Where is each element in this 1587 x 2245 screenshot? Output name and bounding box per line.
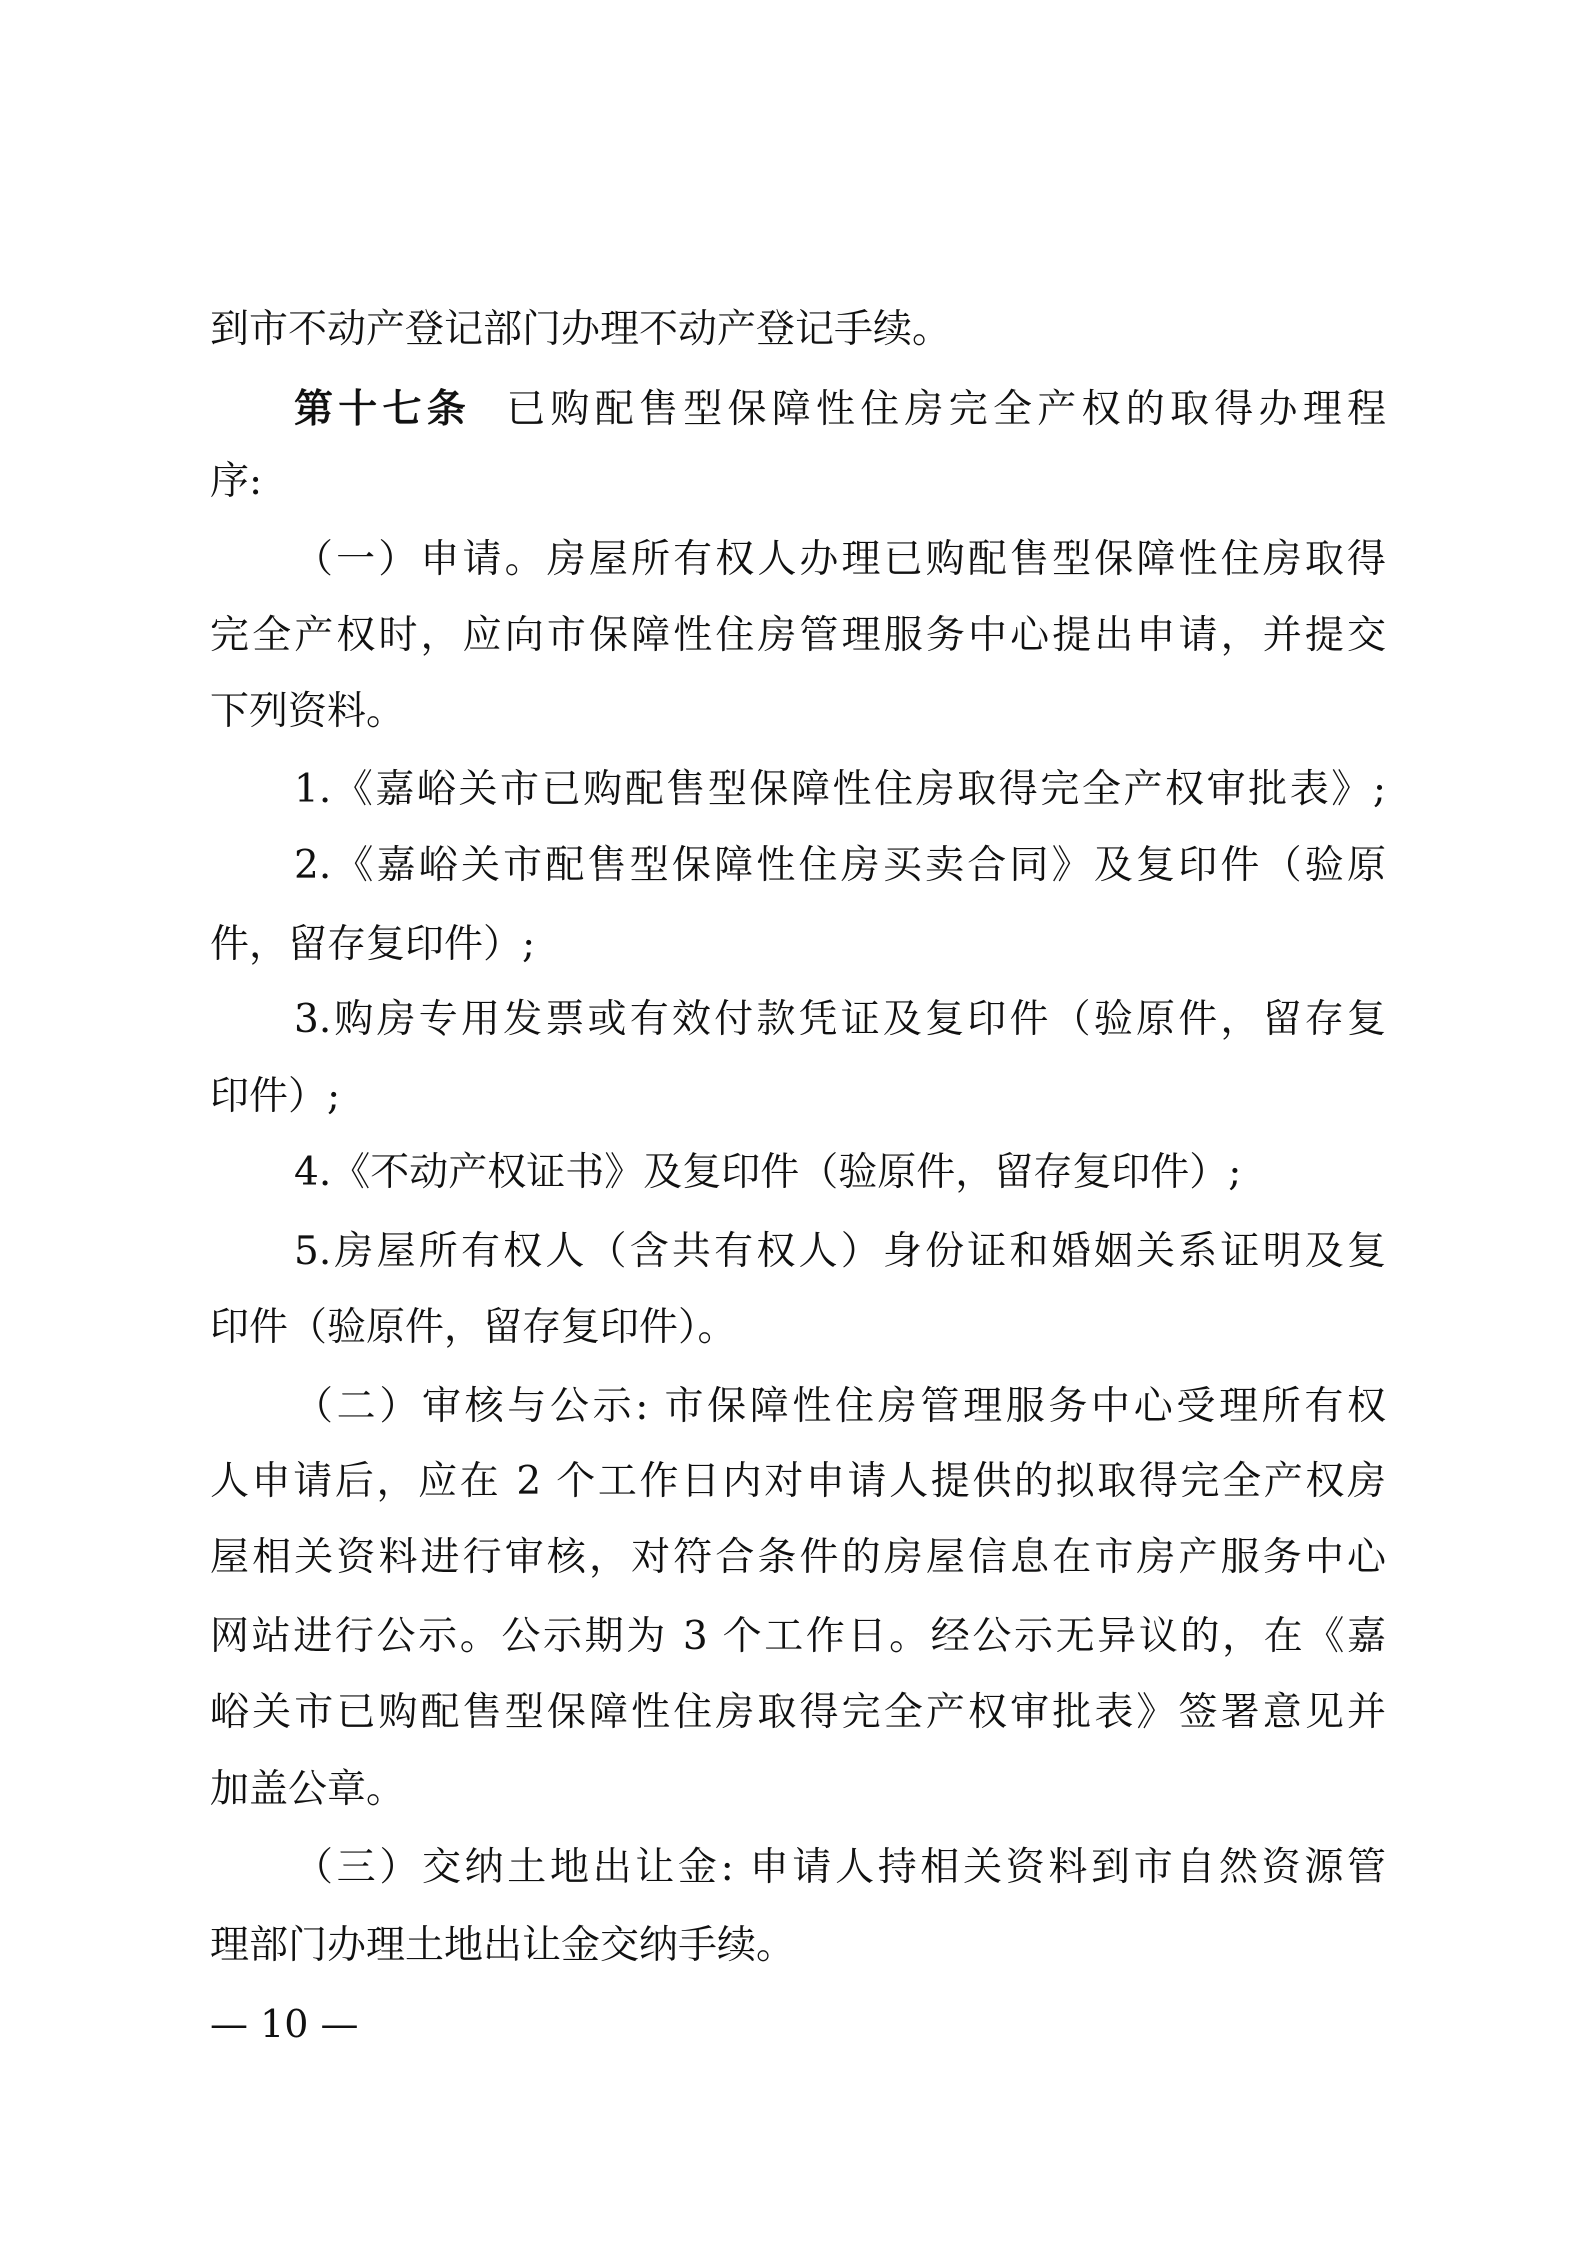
list-item-2: 2.《嘉峪关市配售型保障性住房买卖合同》及复印件（验原 xyxy=(294,838,1386,894)
section-1-line: 下列资料。 xyxy=(210,684,1386,740)
list-item-5: 5.房屋所有权人（含共有权人）身份证和婚姻关系证明及复 xyxy=(294,1224,1386,1280)
section-2-line: （二）审核与公示: 市保障性住房管理服务中心受理所有权 xyxy=(294,1379,1386,1435)
section-3-line: （三）交纳土地出让金: 申请人持相关资料到市自然资源管 xyxy=(294,1840,1386,1896)
paragraph-line: 到市不动产登记部门办理不动产登记手续。 xyxy=(210,302,1386,358)
list-item-2-cont: 件，留存复印件）; xyxy=(210,917,1386,973)
section-2-line: 加盖公章。 xyxy=(210,1762,1386,1818)
article-title: 已购配售型保障性住房完全产权的取得办理程 xyxy=(506,387,1386,432)
section-2-line: 人申请后，应在 2 个工作日内对申请人提供的拟取得完全产权房 xyxy=(210,1454,1386,1510)
list-item-3-cont: 印件）; xyxy=(210,1069,1386,1125)
section-1-line: 完全产权时，应向市保障性住房管理服务中心提出申请，并提交 xyxy=(210,608,1386,664)
section-1-line: （一）申请。房屋所有权人办理已购配售型保障性住房取得 xyxy=(294,532,1386,588)
section-3-line: 理部门办理土地出让金交纳手续。 xyxy=(210,1918,1386,1974)
document-page: 到市不动产登记部门办理不动产登记手续。 第十七条 已购配售型保障性住房完全产权的… xyxy=(0,0,1587,2245)
article-number: 第十七条 xyxy=(294,387,471,432)
list-item-3: 3.购房专用发票或有效付款凭证及复印件（验原件，留存复 xyxy=(294,992,1386,1048)
list-item-5-cont: 印件（验原件，留存复印件）。 xyxy=(210,1300,1386,1356)
article-heading-line: 序: xyxy=(210,454,1386,510)
section-2-line: 网站进行公示。公示期为 3 个工作日。经公示无异议的，在《嘉 xyxy=(210,1609,1386,1665)
section-2-line: 峪关市已购配售型保障性住房取得完全产权审批表》签署意见并 xyxy=(210,1685,1386,1741)
article-heading-line: 第十七条 已购配售型保障性住房完全产权的取得办理程 xyxy=(294,382,1386,438)
list-item-4: 4.《不动产权证书》及复印件（验原件，留存复印件）; xyxy=(294,1145,1386,1201)
section-2-line: 屋相关资料进行审核，对符合条件的房屋信息在市房产服务中心 xyxy=(210,1530,1386,1586)
list-item-1: 1.《嘉峪关市已购配售型保障性住房取得完全产权审批表》; xyxy=(294,762,1386,818)
page-number: — 10 — xyxy=(210,1996,359,2052)
